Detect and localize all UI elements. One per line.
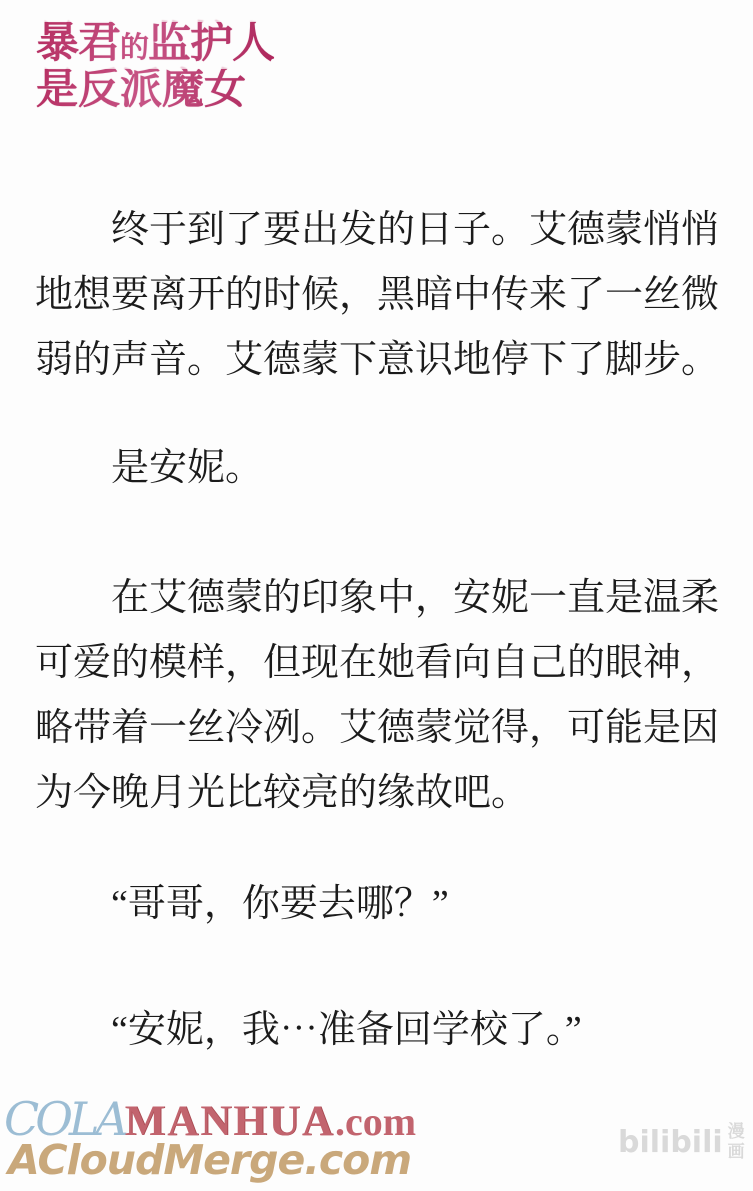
text-line: 地想要离开的时候，黑暗中传来了一丝微 bbox=[35, 263, 727, 328]
paragraph-dialogue: “哥哥，你要去哪？” bbox=[35, 872, 727, 937]
logo-text-part: 暴君 bbox=[36, 20, 120, 67]
text-line: 可爱的模样，但现在她看向自己的眼神， bbox=[35, 631, 727, 696]
bilibili-wordmark: bilibili bbox=[618, 1125, 723, 1160]
bilibili-manga-char-bottom: 画 bbox=[728, 1142, 745, 1162]
bilibili-manga-char-top: 漫 bbox=[728, 1122, 745, 1142]
bilibili-manga-label: 漫 画 bbox=[728, 1122, 745, 1162]
series-title-line2: 是反派魔女 bbox=[36, 69, 274, 113]
logo-text-part: 监护人 bbox=[148, 20, 274, 67]
text-line: “哥哥，你要去哪？” bbox=[35, 872, 727, 937]
series-title-logo: 暴君的监护人 是反派魔女 bbox=[36, 22, 274, 112]
paragraph: 是安妮。 bbox=[35, 436, 727, 501]
text-line: 弱的声音。艾德蒙下意识地停下了脚步。 bbox=[35, 328, 727, 393]
series-title-line1: 暴君的监护人 bbox=[36, 22, 274, 67]
text-line: “安妮，我⋯准备回学校了。” bbox=[35, 998, 727, 1063]
paragraph: 在艾德蒙的印象中，安妮一直是温柔 可爱的模样，但现在她看向自己的眼神， 略带着一… bbox=[35, 566, 727, 826]
comic-text-page: 暴君的监护人 是反派魔女 终于到了要出发的日子。艾德蒙悄悄 地想要离开的时候，黑… bbox=[0, 0, 753, 1191]
text-line: 略带着一丝冷冽。艾德蒙觉得，可能是因 bbox=[35, 696, 727, 761]
text-line: 在艾德蒙的印象中，安妮一直是温柔 bbox=[35, 566, 727, 631]
paragraph: 终于到了要出发的日子。艾德蒙悄悄 地想要离开的时候，黑暗中传来了一丝微 弱的声音… bbox=[35, 198, 727, 393]
watermark-acloudmerge: ACloudMerge.com bbox=[8, 1136, 411, 1184]
logo-text-part-small: 的 bbox=[120, 32, 148, 64]
text-line: 终于到了要出发的日子。艾德蒙悄悄 bbox=[35, 198, 727, 263]
paragraph-dialogue: “安妮，我⋯准备回学校了。” bbox=[35, 998, 727, 1063]
text-line: 为今晚月光比较亮的缘故吧。 bbox=[35, 761, 727, 826]
bilibili-manga-logo: bilibili 漫 画 bbox=[618, 1122, 745, 1162]
text-line: 是安妮。 bbox=[35, 436, 727, 501]
